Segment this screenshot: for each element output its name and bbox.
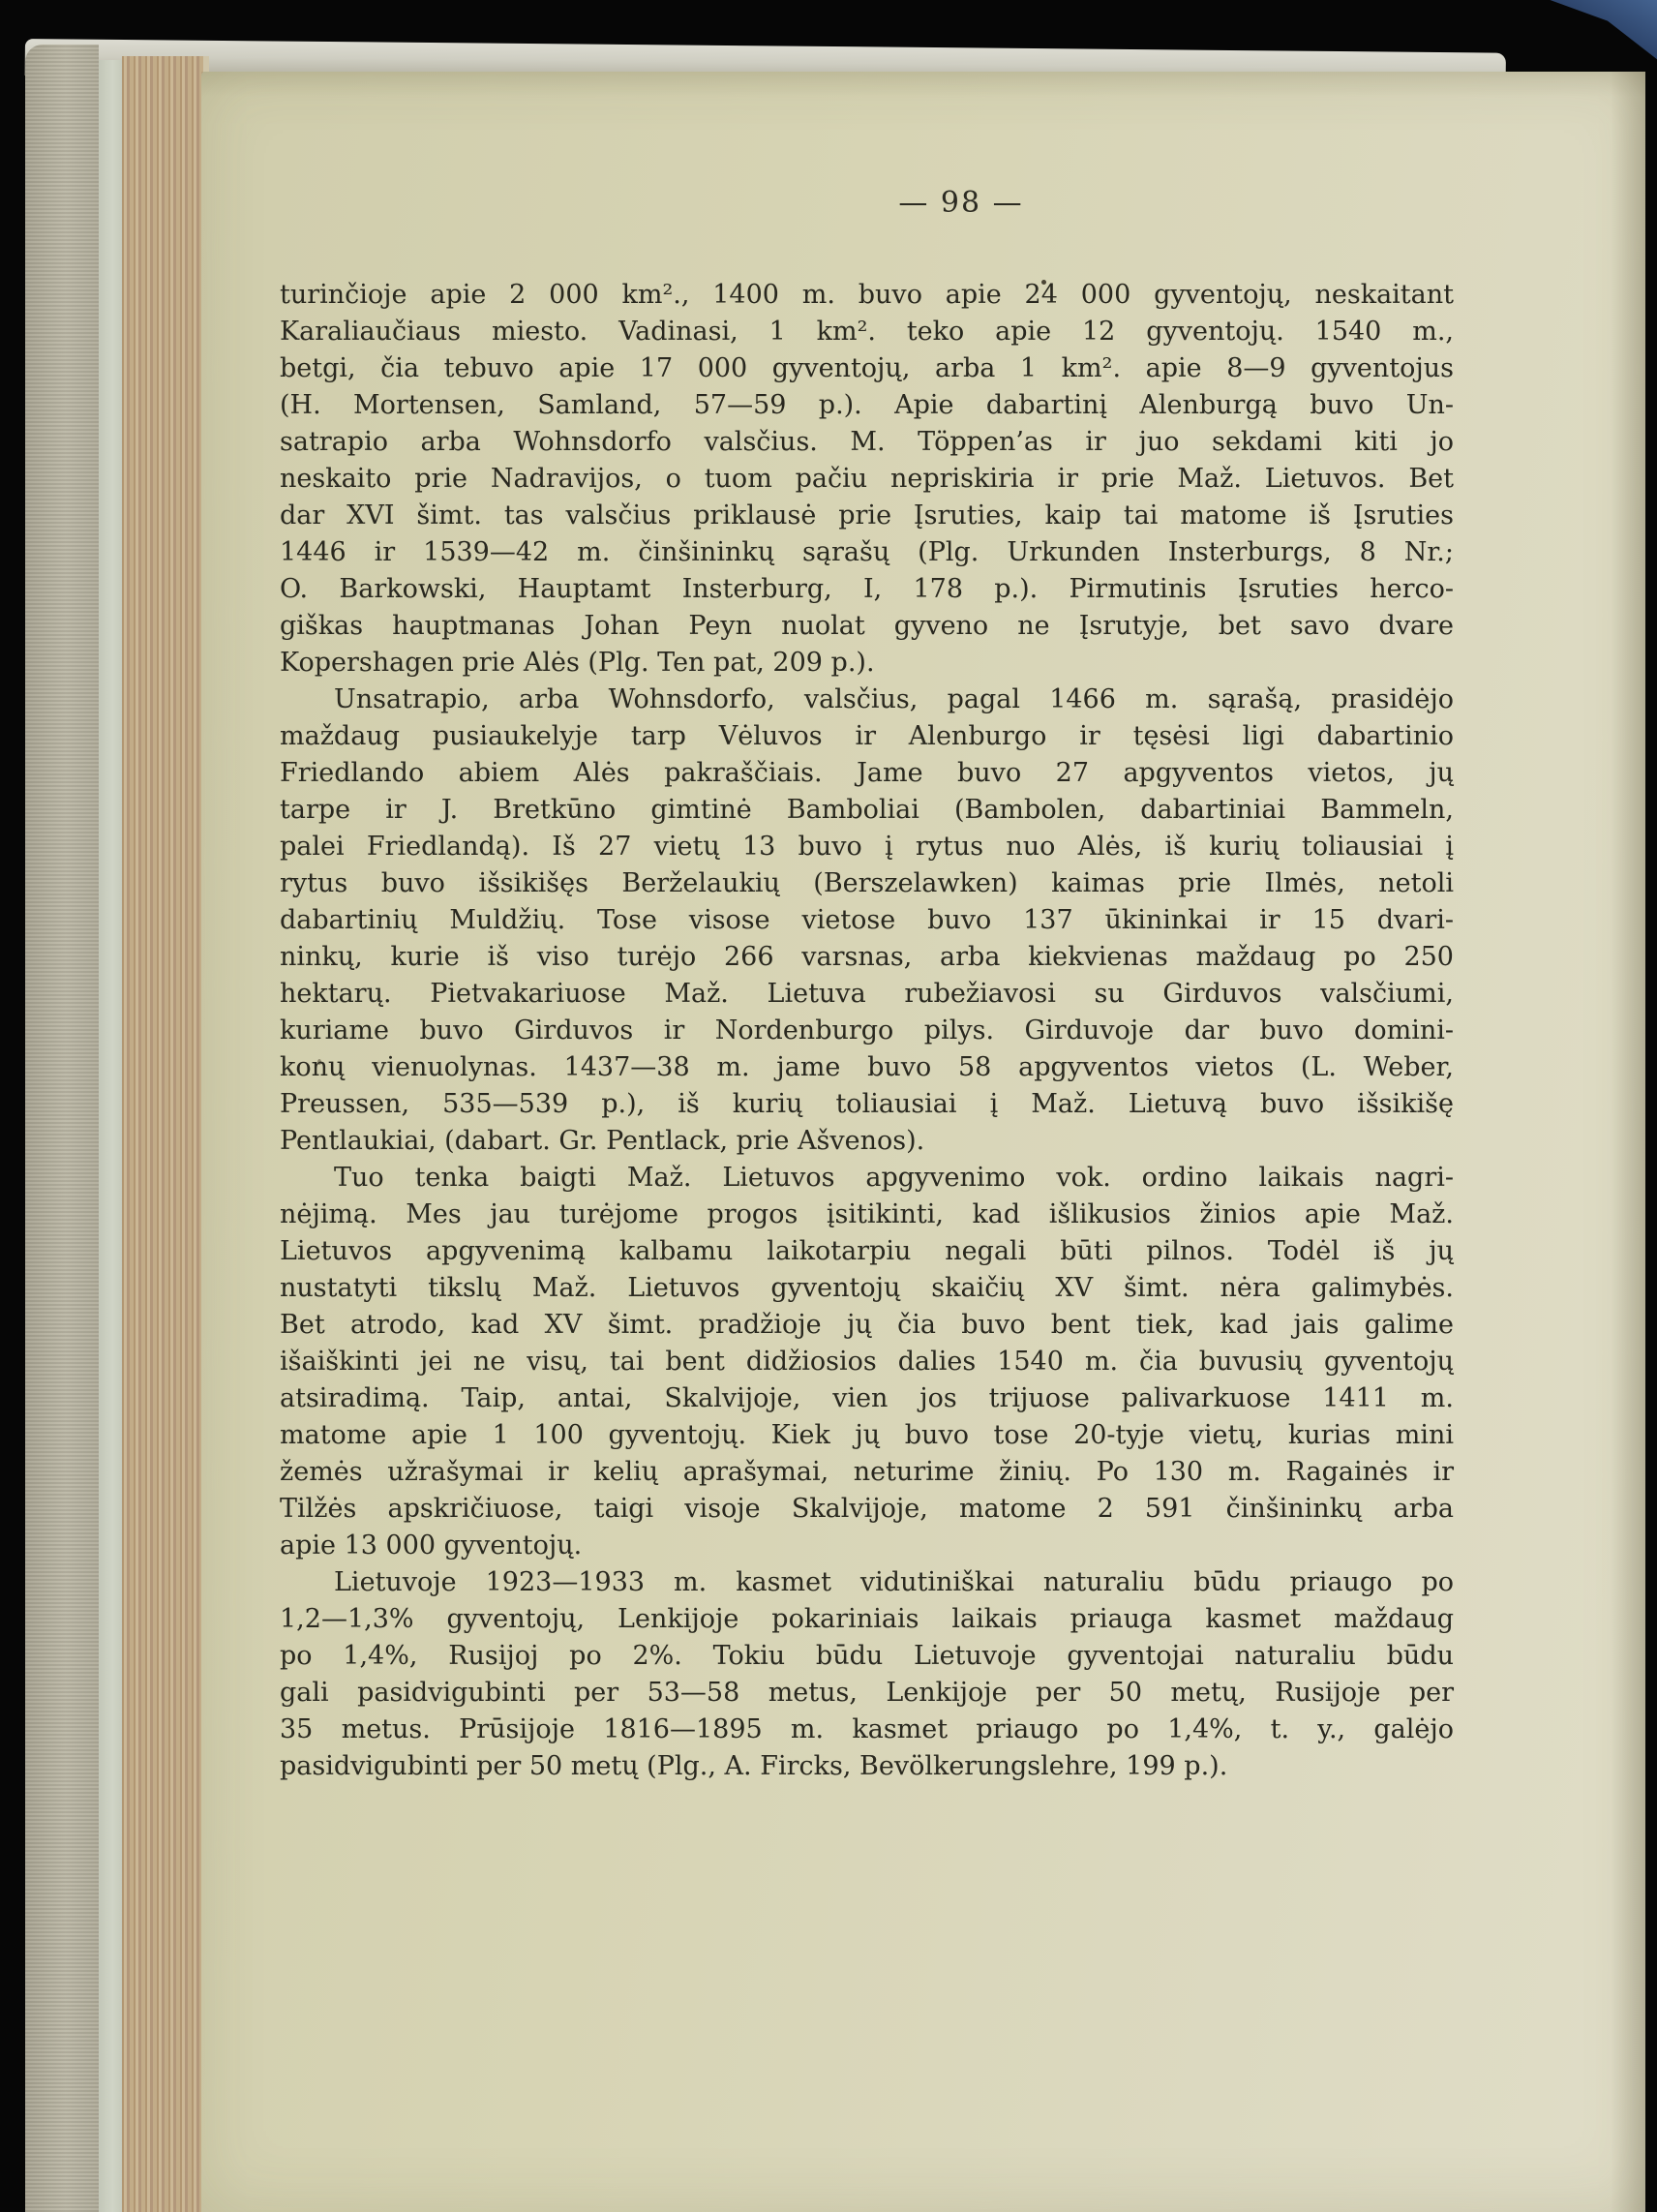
paragraph: Tuo tenka baigti Maž. Lietuvos apgyvenim… [280,1160,1454,1564]
text-line: gali pasidvigubinti per 53—58 metus, Len… [280,1675,1454,1712]
book-cover-edge [25,45,99,2212]
text-line: Tilžės apskričiuose, taigi visoje Skalvi… [280,1491,1454,1528]
text-line: dar XVI šimt. tas valsčius priklausė pri… [280,498,1454,534]
text-block: turinčioje apie 2 000 km²., 1400 m. buvo… [280,277,1454,1785]
text-line: konų vienuolynas. 1437—38 m. jame buvo 5… [280,1049,1454,1086]
text-line: Preussen, 535—539 p.), iš kurių toliausi… [280,1086,1454,1123]
text-line: O. Barkowski, Hauptamt Insterburg, I, 17… [280,571,1454,608]
text-line: žemės užrašymai ir kelių aprašymai, netu… [280,1454,1454,1491]
text-line: ninkų, kurie iš viso turėjo 266 varsnas,… [280,939,1454,976]
text-line: Pentlaukiai, (dabart. Gr. Pentlack, prie… [280,1123,1454,1160]
text-line: satrapio arba Wohnsdorfo valsčius. M. Tö… [280,424,1454,461]
text-line: matome apie 1 100 gyventojų. Kiek jų buv… [280,1417,1454,1454]
text-line: 1446 ir 1539—42 m. činšininkų sąrašų (Pl… [280,534,1454,571]
text-line: maždaug pusiaukelyje tarp Vėluvos ir Ale… [280,718,1454,755]
text-line: turinčioje apie 2 000 km²., 1400 m. buvo… [280,277,1454,314]
text-line: nėjimą. Mes jau turėjome progos įsitikin… [280,1197,1454,1233]
text-line: Bet atrodo, kad XV šimt. pradžioje jų či… [280,1307,1454,1344]
paragraph: Unsatrapio, arba Wohnsdorfo, valsčius, p… [280,682,1454,1160]
text-line: giškas hauptmanas Johan Peyn nuolat gyve… [280,608,1454,645]
text-line: betgi, čia tebuvo apie 17 000 gyventojų,… [280,350,1454,387]
text-line: (H. Mortensen, Samland, 57—59 p.). Apie … [280,387,1454,424]
text-line: Lietuvoje 1923—1933 m. kasmet vidutinišk… [280,1564,1454,1601]
text-line: Lietuvos apgyvenimą kalbamu laikotarpiu … [280,1233,1454,1270]
text-line: pasidvigubinti per 50 metų (Plg., A. Fir… [280,1748,1454,1785]
text-line: Kopershagen prie Alės (Plg. Ten pat, 209… [280,645,1454,682]
text-line: Tuo tenka baigti Maž. Lietuvos apgyvenim… [280,1160,1454,1197]
scan-background: — 98 — turinčioje apie 2 000 km²., 1400 … [0,0,1657,2212]
page-number: — 98 — [879,186,1043,220]
text-line: Unsatrapio, arba Wohnsdorfo, valsčius, p… [280,682,1454,718]
page-stack-edge [122,56,209,2212]
text-line: tarpe ir J. Bretkūno gimtinė Bamboliai (… [280,792,1454,829]
text-line: atsiradimą. Taip, antai, Skalvijoje, vie… [280,1380,1454,1417]
text-line: po 1,4%, Rusijoj po 2%. Tokiu būdu Lietu… [280,1638,1454,1675]
text-line: hektarų. Pietvakariuose Maž. Lietuva rub… [280,976,1454,1013]
text-line: Karaliaučiaus miesto. Vadinasi, 1 km². t… [280,314,1454,350]
book-page: — 98 — turinčioje apie 2 000 km²., 1400 … [201,72,1645,2212]
scan-corner-artifact [1492,0,1657,70]
text-line: išaiškinti jei ne visų, tai bent didžios… [280,1344,1454,1380]
text-line: rytus buvo išsikišęs Berželaukių (Bersze… [280,865,1454,902]
text-line: apie 13 000 gyventojų. [280,1528,1454,1564]
text-line: kuriame buvo Girduvos ir Nordenburgo pil… [280,1013,1454,1049]
text-line: dabartinių Muldžių. Tose visose vietose … [280,902,1454,939]
paragraph: turinčioje apie 2 000 km²., 1400 m. buvo… [280,277,1454,682]
text-line: 1,2—1,3% gyventojų, Lenkijoje pokariniai… [280,1601,1454,1638]
text-line: neskaito prie Nadravijos, o tuom pačiu n… [280,461,1454,498]
text-line: nustatyti tikslų Maž. Lietuvos gyventojų… [280,1270,1454,1307]
inner-cover-strip [99,60,122,2212]
text-line: 35 metus. Prūsijoje 1816—1895 m. kasmet … [280,1712,1454,1748]
text-line: palei Friedlandą). Iš 27 vietų 13 buvo į… [280,829,1454,865]
text-line: Friedlando abiem Alės pakraščiais. Jame … [280,755,1454,792]
paragraph: Lietuvoje 1923—1933 m. kasmet vidutinišk… [280,1564,1454,1785]
